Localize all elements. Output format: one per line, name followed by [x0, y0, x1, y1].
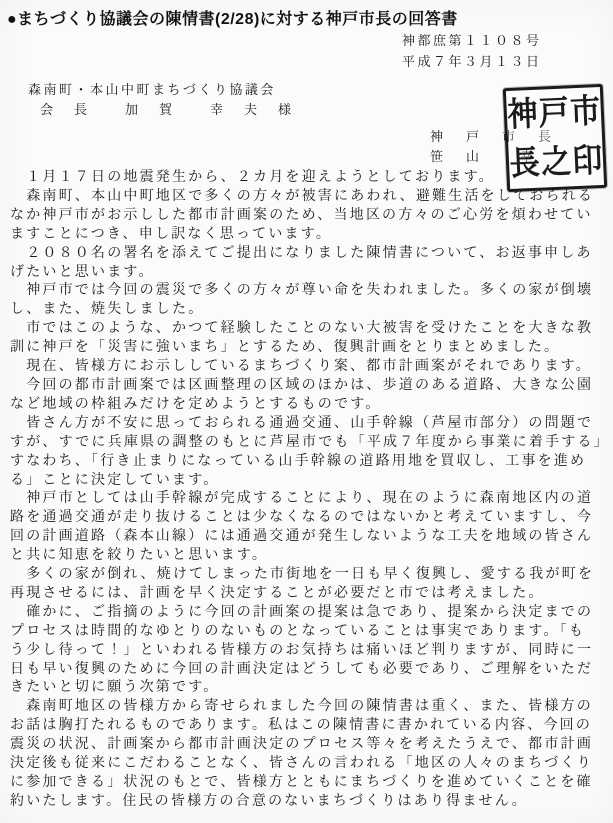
- body-paragraph: 森南町地区の皆様方から寄せられました今回の陳情書は重く、また、皆様方の お話は胸…: [10, 696, 610, 809]
- addressee-block: 森南町・本山中町まちづくり協議会 会 長 加 賀 幸 夫 様: [28, 80, 295, 120]
- addressee-organization: 森南町・本山中町まちづくり協議会: [28, 80, 295, 100]
- document-title: ●まちづくり協議会の陳情書(2/28)に対する神戸市長の回答書: [7, 6, 458, 29]
- seal-character: 市: [570, 95, 601, 130]
- document-number: 神都庶第１１０８号: [402, 30, 542, 51]
- reference-block: 神都庶第１１０８号 平成７年３月１３日: [402, 30, 542, 72]
- body-paragraph: 現在、皆様方にお示ししているまちづくり案、都市計画案がそれであります。: [10, 356, 610, 375]
- body-paragraph: 森南町、本山中町地区で多くの方々が被害にあわれ、避難生活をしておられる なか神戸…: [10, 186, 610, 243]
- body-paragraph: 今回の都市計画案では区画整理の区域のほかは、歩道のある道路、大きな公園 など地域…: [10, 375, 610, 413]
- document-body: １月１７日の地震発生から、２カ月を迎えようとしております。 森南町、本山中町地区…: [10, 167, 610, 810]
- body-paragraph: 皆さん方が不安に思っておられる通過交通、山手幹線（芦屋市部分）の問題で すが、す…: [10, 413, 610, 489]
- body-paragraph: 神戸市としては山手幹線が完成することにより、現在のように森南地区内の道 路を通過…: [10, 488, 610, 564]
- body-paragraph: 市ではこのような、かつて経験したことのない大被害を受けたことを大きな教 訓に神戸…: [10, 318, 610, 356]
- body-paragraph: 多くの家が倒れ、焼けてしまった市街地を一日も早く復興し、愛する我が町を 再現させ…: [10, 564, 610, 602]
- scanned-document-page: ●まちづくり協議会の陳情書(2/28)に対する神戸市長の回答書 神都庶第１１０８…: [0, 0, 613, 823]
- document-date: 平成７年３月１３日: [402, 51, 542, 72]
- body-paragraph: 神戸市では今回の震災で多くの方々が尊い命を失われました。多くの家が倒壊 し、また…: [10, 280, 610, 318]
- body-paragraph: １月１７日の地震発生から、２カ月を迎えようとしております。: [10, 167, 610, 186]
- addressee-person: 会 長 加 賀 幸 夫 様: [28, 100, 295, 120]
- body-paragraph: ２０８０名の署名を添えてご提出になりました陳情書について、お返事申しあ げたいと…: [10, 243, 610, 281]
- seal-character: 神: [507, 97, 538, 132]
- body-paragraph: 確かに、ご指摘のように今回の計画案の提案は急であり、提案から決定までの プロセス…: [10, 602, 610, 697]
- seal-character: 戸: [538, 96, 569, 131]
